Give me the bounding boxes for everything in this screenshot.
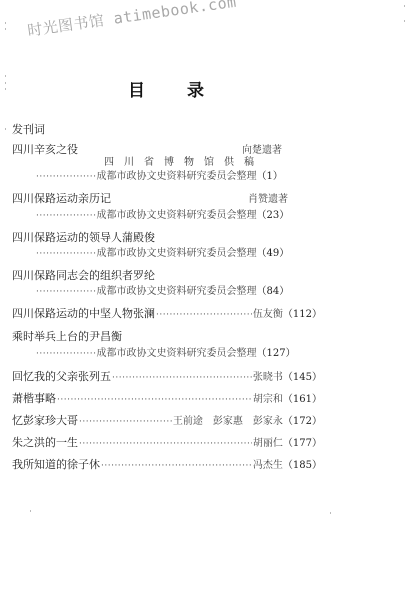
entry-editor: 成都市政协文史资料研究委员会整理 bbox=[97, 349, 257, 359]
entry-author: 肖赞遗著 bbox=[248, 195, 288, 205]
table-of-contents: 发刊词 四川辛亥之役 向楚遗著 四川省博物馆供稿 ···············… bbox=[12, 124, 322, 473]
dot-leader bbox=[79, 440, 252, 449]
entry-title: 四川保路同志会的组织者罗纶 bbox=[12, 270, 155, 281]
toc-entry[interactable]: 回忆我的父亲张列五 张晓书 （145） bbox=[12, 371, 322, 385]
dot-leader bbox=[112, 374, 252, 383]
entry-page: （177） bbox=[283, 439, 322, 449]
entry-author: 伍友衡 bbox=[253, 310, 283, 320]
entry-title: 四川保路运动的领导人蒲殿俊 bbox=[12, 232, 155, 243]
entry-title: 朱之洪的一生 bbox=[12, 437, 78, 448]
entry-page: （112） bbox=[283, 310, 322, 320]
toc-entry[interactable]: 四川保路运动亲历记 肖赞遗著 ·················· 成都市政协文… bbox=[12, 193, 322, 225]
toc-entry[interactable]: 四川辛亥之役 向楚遗著 四川省博物馆供稿 ·················· … bbox=[12, 144, 322, 186]
entry-title: 忆彭家珍大哥 bbox=[12, 415, 78, 426]
entry-author: 向楚遗著 bbox=[242, 146, 282, 156]
entry-title: 四川保路运动的中坚人物张澜 bbox=[12, 308, 155, 319]
page-title: 目录 bbox=[128, 76, 246, 101]
watermark: 时光图书馆 atimebook.com bbox=[26, 0, 238, 41]
entry-page: （145） bbox=[283, 373, 322, 383]
entry-title: 发刊词 bbox=[12, 124, 45, 135]
toc-entry[interactable]: 乘时举兵上台的尹昌衡 ·················· 成都市政协文史资料研… bbox=[12, 331, 322, 363]
entry-title: 我所知道的徐子休 bbox=[12, 459, 100, 470]
dot-leader bbox=[79, 418, 172, 427]
entry-editor: 成都市政协文史资料研究委员会整理 bbox=[97, 249, 257, 259]
entry-org: 四川省博物馆供稿 bbox=[12, 158, 322, 172]
entry-author: 胡丽仁 bbox=[253, 439, 283, 449]
toc-preface[interactable]: 发刊词 bbox=[12, 124, 322, 138]
entry-title: 乘时举兵上台的尹昌衡 bbox=[12, 331, 122, 342]
dot-leader bbox=[101, 462, 252, 471]
dot-leader: ·················· bbox=[36, 350, 97, 359]
entry-page: （127） bbox=[257, 349, 296, 359]
dot-leader: ·················· bbox=[36, 173, 97, 182]
toc-entry[interactable]: 四川保路运动的中坚人物张澜 伍友衡 （112） bbox=[12, 308, 322, 322]
entry-title: 四川保路运动亲历记 bbox=[12, 193, 111, 204]
entry-title: 萧楷事略 bbox=[12, 393, 56, 404]
toc-entry[interactable]: 我所知道的徐子休 冯杰生 （185） bbox=[12, 459, 322, 473]
entry-page: （161） bbox=[283, 395, 322, 405]
entry-editor: 成都市政协文史资料研究委员会整理 bbox=[97, 211, 257, 221]
dot-leader: ·················· bbox=[36, 250, 97, 259]
entry-page: （84） bbox=[257, 287, 290, 297]
entry-page: （1） bbox=[257, 172, 283, 182]
entry-author: 胡宗和 bbox=[253, 395, 283, 405]
toc-entry[interactable]: 萧楷事略 胡宗和 （161） bbox=[12, 393, 322, 407]
toc-entry[interactable]: 忆彭家珍大哥 王前途 彭家惠 彭家永 （172） bbox=[12, 415, 322, 429]
entry-title: 四川辛亥之役 bbox=[12, 144, 78, 155]
toc-entry[interactable]: 四川保路运动的领导人蒲殿俊 ·················· 成都市政协文史… bbox=[12, 232, 322, 263]
entry-author: 张晓书 bbox=[253, 373, 283, 383]
dot-leader bbox=[57, 396, 252, 405]
toc-entry[interactable]: 朱之洪的一生 胡丽仁 （177） bbox=[12, 437, 322, 451]
dot-leader: ·················· bbox=[36, 212, 97, 221]
entry-page: （23） bbox=[257, 211, 290, 221]
entry-author: 冯杰生 bbox=[253, 461, 283, 471]
entry-author: 王前途 彭家惠 彭家永 bbox=[173, 417, 283, 427]
dot-leader: ·················· bbox=[36, 288, 97, 297]
entry-title: 回忆我的父亲张列五 bbox=[12, 371, 111, 382]
entry-editor: 成都市政协文史资料研究委员会整理 bbox=[97, 287, 257, 297]
entry-editor: 成都市政协文史资料研究委员会整理 bbox=[97, 172, 257, 182]
dot-leader bbox=[156, 311, 252, 320]
entry-page: （49） bbox=[257, 249, 290, 259]
entry-page: （172） bbox=[283, 417, 322, 427]
toc-entry[interactable]: 四川保路同志会的组织者罗纶 ·················· 成都市政协文史… bbox=[12, 270, 322, 301]
entry-page: （185） bbox=[283, 461, 322, 471]
